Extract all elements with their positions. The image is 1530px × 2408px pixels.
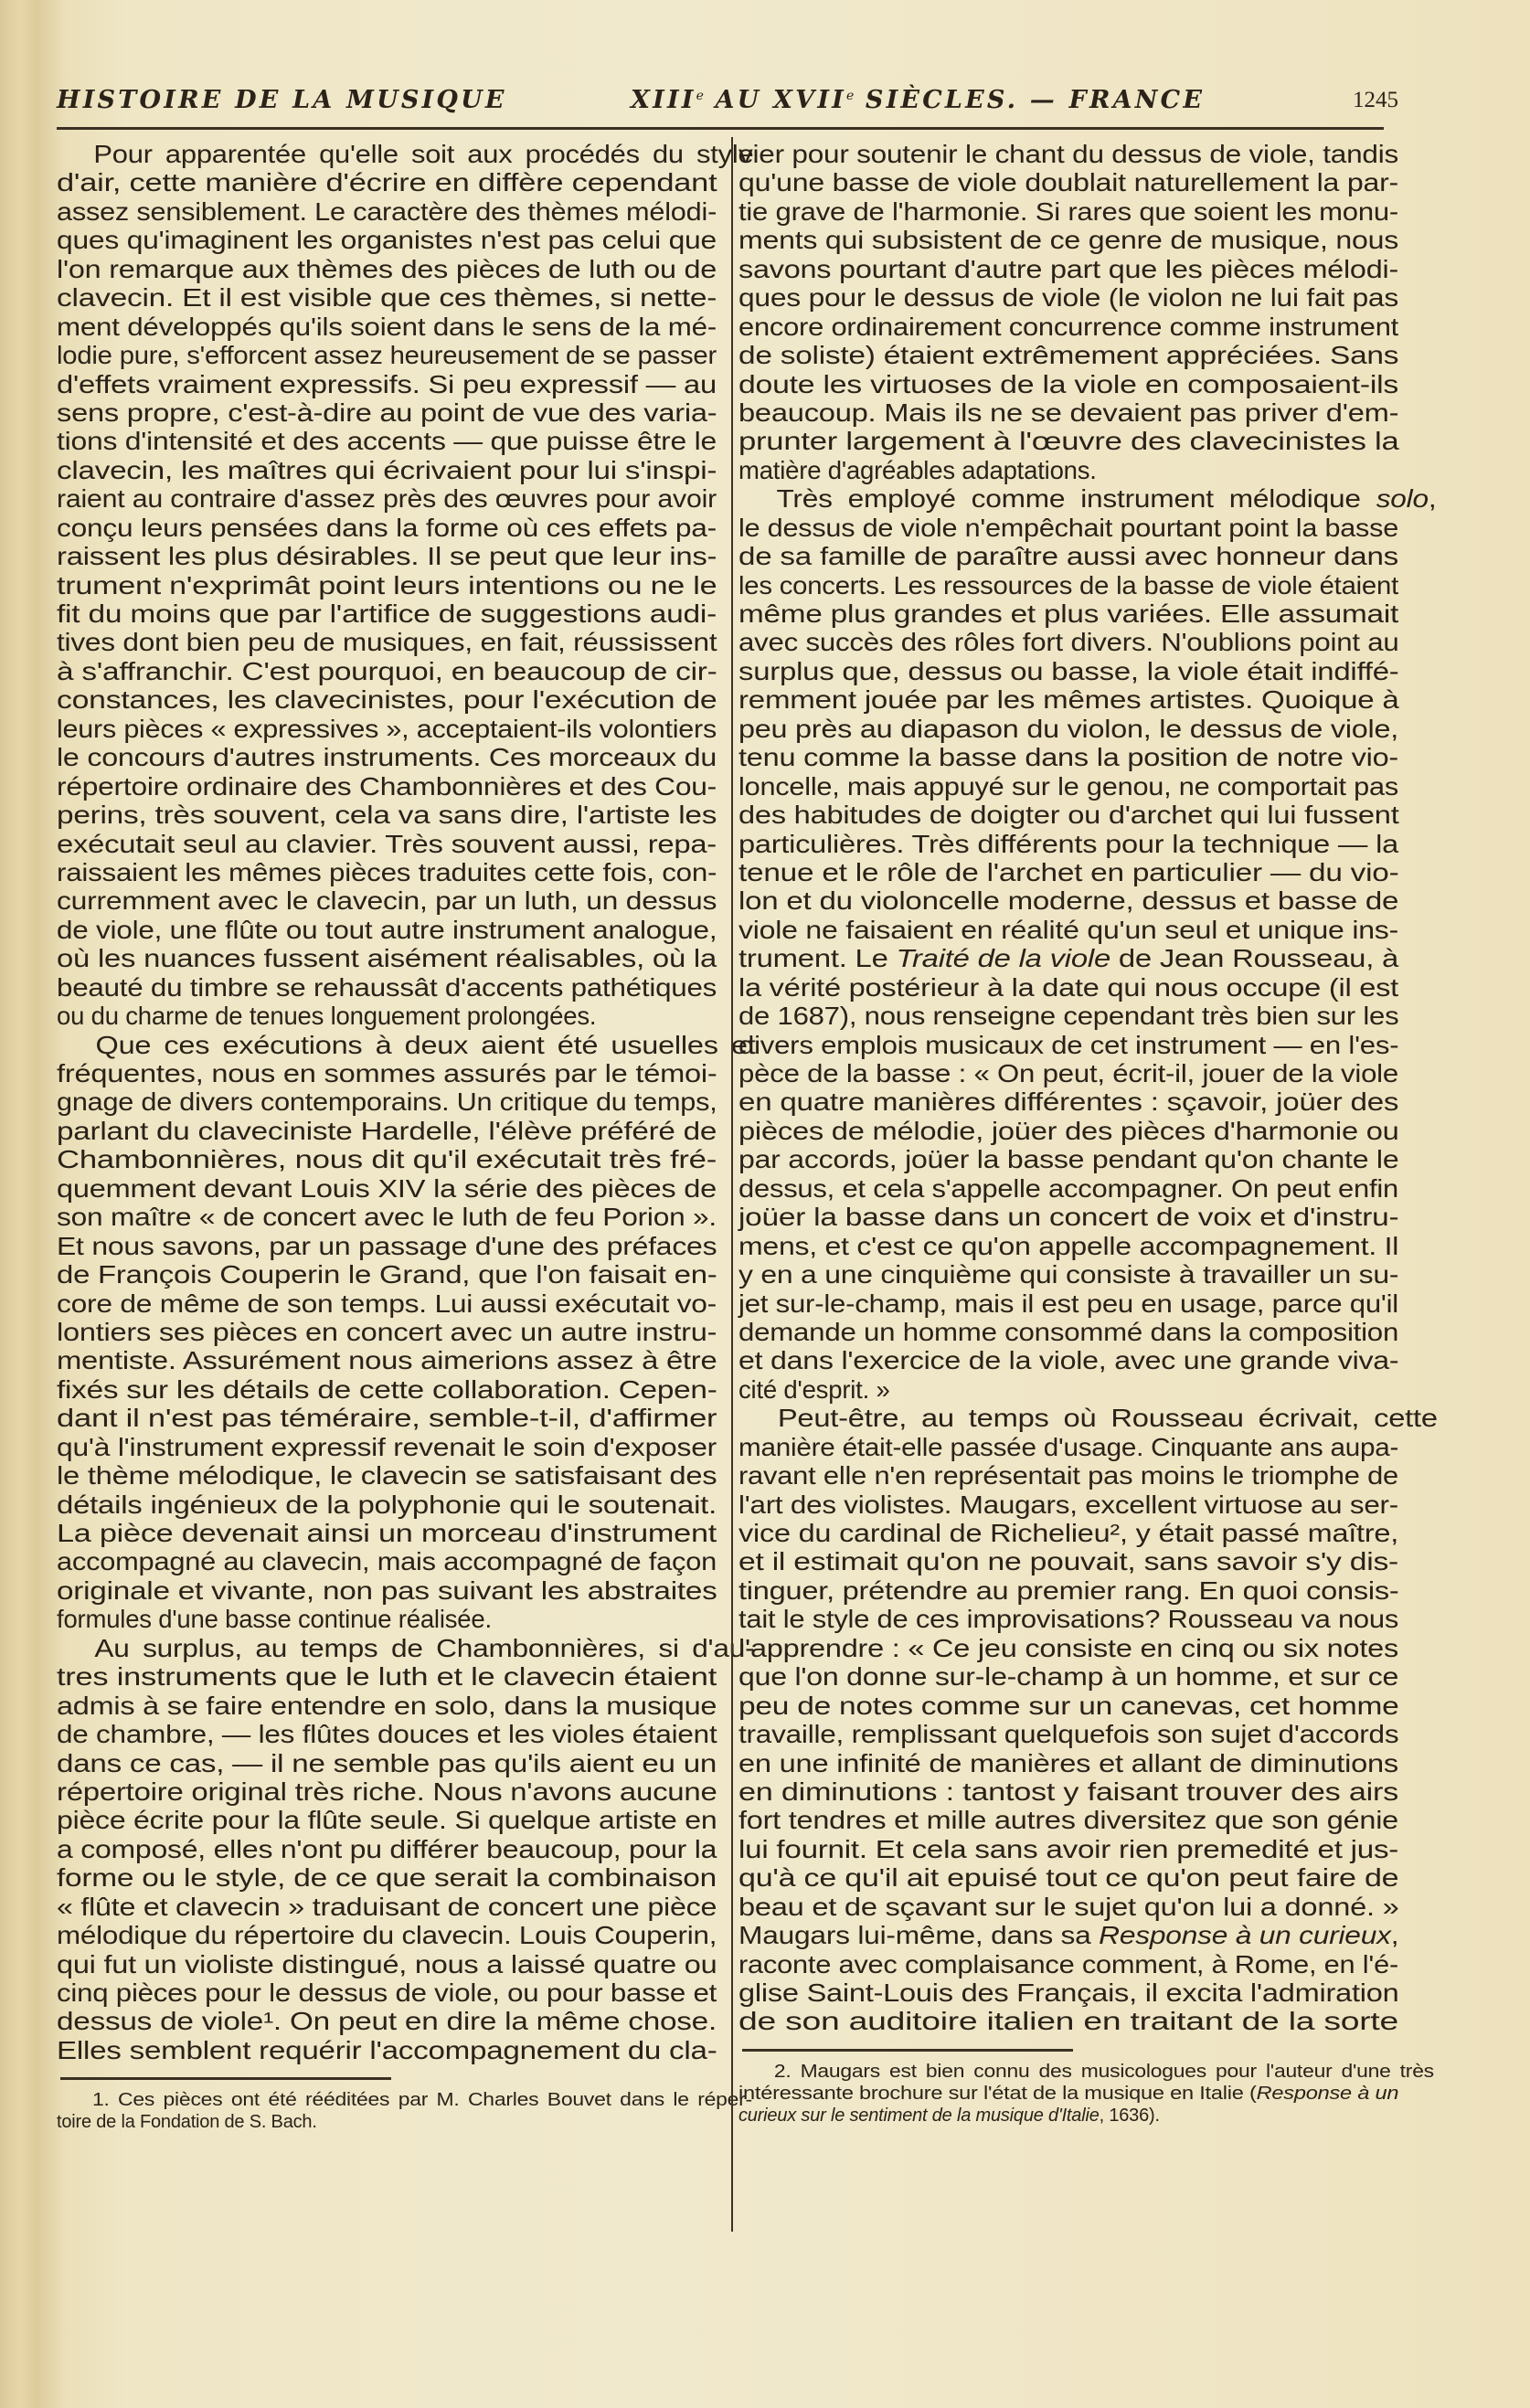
page-number: 1245 [1353,88,1398,113]
text-line: trument n'exprimât point leurs intention… [57,571,717,599]
text-line: ment développés qu'ils soient dans le se… [57,313,717,341]
text-line: de chambre, — les flûtes douces et les v… [57,1720,717,1748]
text-line: de viole, une flûte ou tout autre instru… [57,916,717,944]
text-line: tres instruments que le luth et le clave… [57,1662,717,1691]
column-divider [731,137,733,2232]
text-line: le thème mélodique, le clavecin se satis… [57,1461,717,1490]
text-line: dans ce cas, — il ne semble pas qu'ils a… [57,1749,717,1777]
text-line: qui fut un violiste distingué, nous a la… [57,1950,717,1978]
text-line: Elles semblent requérir l'accompagnement… [57,2036,717,2064]
text-line: à s'affranchir. C'est pourquoi, en beauc… [57,657,717,685]
text-line: raient au contraire d'assez près des œuv… [57,484,717,513]
text-line: a composé, elles n'ont pu différer beauc… [57,1835,717,1863]
text-line: vice du cardinal de Richelieu², y était … [738,1519,1398,1547]
text-line: 2. Maugars est bien connu des musicologu… [738,2061,1434,2083]
text-line: prunter largement à l'œuvre des clavecin… [738,427,1398,455]
text-line: tives dont bien peu de musiques, en fait… [57,628,717,656]
text-line: pièces de mélodie, joüer des pièces d'ha… [738,1117,1398,1145]
text-line: Très employé comme instrument mélodique … [738,484,1436,513]
text-line: d'effets vraiment expressifs. Si peu exp… [57,370,717,398]
text-line: gnage de divers contemporains. Un critiq… [57,1087,717,1116]
text-line: répertoire original très riche. Nous n'a… [57,1777,717,1806]
text-line: tie grave de l'harmonie. Si rares que so… [738,197,1398,226]
text-line: qu'à ce qu'il ait epuisé tout ce qu'on p… [738,1863,1398,1892]
running-head-section: XIIIe AU XVIIe SIÈCLES. — FRANCE [631,86,1205,114]
text-line: détails ingénieux de la polyphonie qui l… [57,1490,717,1519]
text-line: dessus de viole¹. On peut en dire la mêm… [57,2007,717,2035]
text-line: en diminutions : tantost y faisant trouv… [738,1777,1398,1806]
text-line: tinguer, prétendre au premier rang. En q… [738,1576,1398,1605]
text-line: ments qui subsistent de ce genre de musi… [738,226,1398,254]
text-line: cinq pièces pour le dessus de viole, ou … [57,1978,717,2007]
text-line: lui fournit. Et cela sans avoir rien pre… [738,1835,1398,1863]
text-line: peu de notes comme sur un canevas, cet h… [738,1692,1398,1720]
text-line: l'apprendre : « Ce jeu consiste en cinq … [738,1634,1398,1662]
text-line: fit du moins que par l'artifice de sugge… [57,599,717,628]
text-line: tenue et le rôle de l'archet en particul… [738,858,1398,886]
text-line: formules d'une basse continue réalisée. [57,1605,717,1633]
text-line: peu près au diapason du violon, le dessu… [738,715,1398,743]
text-line: dessus, et cela s'appelle accompagner. O… [738,1174,1398,1203]
text-line: curieux sur le sentiment de la musique d… [738,2105,1398,2127]
running-head-title: HISTOIRE DE LA MUSIQUE [57,86,507,114]
text-line: tait le style de ces improvisations? Rou… [738,1605,1398,1633]
text-line: raconte avec complaisance comment, à Rom… [738,1950,1398,1978]
text-line: conçu leurs pensées dans la forme où ces… [57,514,717,542]
text-line: la vérité postérieur à la date qui nous … [738,973,1398,1002]
text-line: La pièce devenait ainsi un morceau d'ins… [57,1519,717,1547]
text-line: beaucoup. Mais ils ne se devaient pas pr… [738,398,1398,427]
text-line: le dessus de viole n'empêchait pourtant … [738,514,1398,542]
text-line: raissent les plus désirables. Il se peut… [57,542,717,570]
text-line: originale et vivante, non pas suivant le… [57,1576,717,1605]
left-column-body: Pour apparentée qu'elle soit aux procédé… [57,140,717,2064]
text-line: savons pourtant d'autre part que les piè… [738,255,1398,283]
text-line: mélodique du répertoire du clavecin. Lou… [57,1921,717,1949]
right-column: vier pour soutenir le chant du dessus de… [738,140,1398,2127]
text-line: son maître « de concert avec le luth de … [57,1203,717,1231]
text-line: core de même de son temps. Lui aussi exé… [57,1289,717,1318]
text-line: Pour apparentée qu'elle soit aux procédé… [57,140,753,168]
text-line: de sa famille de paraître aussi avec hon… [738,542,1398,570]
text-line: de 1687), nous renseigne cependant très … [738,1002,1398,1030]
text-line: qu'une basse de viole doublait naturelle… [738,168,1398,196]
text-line: viole ne faisaient en réalité qu'un seul… [738,916,1398,944]
right-column-body: vier pour soutenir le chant du dessus de… [738,140,1398,2036]
text-line: qu'à l'instrument expressif revenait le … [57,1433,717,1461]
text-line: et il estimait qu'on ne pouvait, sans sa… [738,1547,1398,1575]
text-line: toire de la Fondation de S. Bach. [57,2111,717,2133]
text-line: cité d'esprit. » [738,1375,1398,1404]
text-line: tions d'intensité et des accents — que p… [57,427,717,455]
text-line: surplus que, dessus ou basse, la viole é… [738,657,1398,685]
footnote-rule [60,2077,391,2080]
text-line: répertoire ordinaire des Chambonnières e… [57,772,717,801]
text-line: demande un homme consommé dans la compos… [738,1318,1398,1346]
text-line: dant il n'est pas téméraire, semble-t-il… [57,1404,717,1432]
text-line: sens propre, c'est-à-dire au point de vu… [57,398,717,427]
text-line: l'on remarque aux thèmes des pièces de l… [57,255,717,283]
text-line: clavecin, les maîtres qui écrivaient pou… [57,456,717,484]
text-line: pèce de la basse : « On peut, écrit-il, … [738,1059,1398,1087]
text-line: des habitudes de doigter ou d'archet qui… [738,801,1398,829]
text-line: parlant du claveciniste Hardelle, l'élèv… [57,1117,717,1145]
text-line: que l'on donne sur-le-champ à un homme, … [738,1662,1398,1691]
text-line: clavecin. Et il est visible que ces thèm… [57,283,717,312]
text-line: remment jouée par les mêmes artistes. Qu… [738,685,1398,714]
text-line: divers emplois musicaux de cet instrumen… [738,1031,1398,1059]
text-line: matière d'agréables adaptations. [738,456,1398,484]
text-line: y en a une cinquième qui consiste à trav… [738,1260,1398,1289]
text-line: « flûte et clavecin » traduisant de conc… [57,1893,717,1921]
footnote-2: 2. Maugars est bien connu des musicologu… [738,2061,1398,2127]
text-line: d'air, cette manière d'écrire en diffère… [57,168,717,196]
text-line: manière était-elle passée d'usage. Cinqu… [738,1433,1398,1461]
text-line: de son auditoire italien en traitant de … [738,2007,1398,2035]
text-line: et dans l'exercice de la viole, avec une… [738,1346,1398,1374]
text-line: en quatre manières différentes : sçavoir… [738,1087,1398,1116]
footnote-rule [742,2049,1073,2052]
text-line: lontiers ses pièces en concert avec un a… [57,1318,717,1346]
text-line: curremment avec le clavecin, par un luth… [57,886,717,915]
text-line: en une infinité de manières et allant de… [738,1749,1398,1777]
text-line: pièce écrite pour la flûte seule. Si que… [57,1806,717,1834]
text-line: l'art des violistes. Maugars, excellent … [738,1490,1398,1519]
text-line: travaille, remplissant quelquefois son s… [738,1720,1398,1748]
text-line: de soliste) étaient extrêmement apprécié… [738,341,1398,369]
text-line: quemment devant Louis XIV la série des p… [57,1174,717,1203]
text-line: perins, très souvent, cela va sans dire,… [57,801,717,829]
text-line: fort tendres et mille autres diversitez … [738,1806,1398,1834]
text-line: forme ou le style, de ce que serait la c… [57,1863,717,1892]
text-line: lodie pure, s'efforcent assez heureuseme… [57,341,717,369]
text-line: doute les virtuoses de la viole en compo… [738,370,1398,398]
text-line: assez sensiblement. Le caractère des thè… [57,197,717,226]
text-line: exécutait seul au clavier. Très souvent … [57,830,717,858]
text-line: particulières. Très différents pour la t… [738,830,1398,858]
text-line: mentiste. Assurément nous aimerions asse… [57,1346,717,1374]
text-line: les concerts. Les ressources de la basse… [738,571,1398,599]
text-line: raissaient les mêmes pièces traduites ce… [57,858,717,886]
text-line: fréquentes, nous en sommes assurés par l… [57,1059,717,1087]
text-line: Peut-être, au temps où Rousseau écrivait… [738,1404,1438,1432]
running-head: HISTOIRE DE LA MUSIQUE XIIIe AU XVIIe SI… [57,86,1398,122]
text-line: loncelle, mais appuyé sur le genou, ne c… [738,772,1398,801]
text-line: admis à se faire entendre en solo, dans … [57,1692,717,1720]
text-line: ou du charme de tenues longuement prolon… [57,1002,717,1030]
text-line: beau et de sçavant sur le sujet qu'on lu… [738,1893,1398,1921]
text-line: constances, les clavecinistes, pour l'ex… [57,685,717,714]
text-line: Au surplus, au temps de Chambonnières, s… [57,1634,754,1662]
text-line: accompagné au clavecin, mais accompagné … [57,1547,717,1575]
text-line: de François Couperin le Grand, que l'on … [57,1260,717,1289]
text-line: leurs pièces « expressives », acceptaien… [57,715,717,743]
text-line: ques pour le dessus de viole (le violon … [738,283,1398,312]
text-line: le concours d'autres instruments. Ces mo… [57,743,717,771]
text-line: jet sur-le-champ, mais il est peu en usa… [738,1289,1398,1318]
text-line: Chambonnières, nous dit qu'il exécutait … [57,1145,717,1173]
text-line: où les nuances fussent aisément réalisab… [57,944,717,972]
book-page: HISTOIRE DE LA MUSIQUE XIIIe AU XVIIe SI… [0,0,1530,2408]
text-line: Et nous savons, par un passage d'une des… [57,1232,717,1260]
left-column: Pour apparentée qu'elle soit aux procédé… [57,140,717,2133]
text-line: vier pour soutenir le chant du dessus de… [738,140,1398,168]
text-line: encore ordinairement concurrence comme i… [738,313,1398,341]
text-line: joüer la basse dans un concert de voix e… [738,1203,1398,1231]
text-line: par accords, joüer la basse pendant qu'o… [738,1145,1398,1173]
text-line: Maugars lui-même, dans sa Response à un … [738,1921,1398,1949]
text-line: ques qu'imaginent les organistes n'est p… [57,226,717,254]
text-line: glise Saint-Louis des Français, il excit… [738,1978,1398,2007]
text-line: avec succès des rôles fort divers. N'oub… [738,628,1398,656]
text-line: mens, et c'est ce qu'on appelle accompag… [738,1232,1398,1260]
text-line: lon et du violoncelle moderne, dessus et… [738,886,1398,915]
text-line: intéressante brochure sur l'état de la m… [738,2083,1398,2105]
text-line: même plus grandes et plus variées. Elle … [738,599,1398,628]
text-line: ravant elle n'en représentait pas moins … [738,1461,1398,1490]
text-line: beauté du timbre se rehaussât d'accents … [57,973,717,1002]
text-line: fixés sur les détails de cette collabora… [57,1375,717,1404]
text-line: 1. Ces pièces ont été rééditées par M. C… [57,2089,752,2111]
text-line: Que ces exécutions à deux aient été usue… [57,1031,756,1059]
footnote-1: 1. Ces pièces ont été rééditées par M. C… [57,2089,717,2133]
text-line: tenu comme la basse dans la position de … [738,743,1398,771]
text-line: trument. Le Traité de la viole de Jean R… [738,944,1398,972]
header-rule [57,127,1384,130]
